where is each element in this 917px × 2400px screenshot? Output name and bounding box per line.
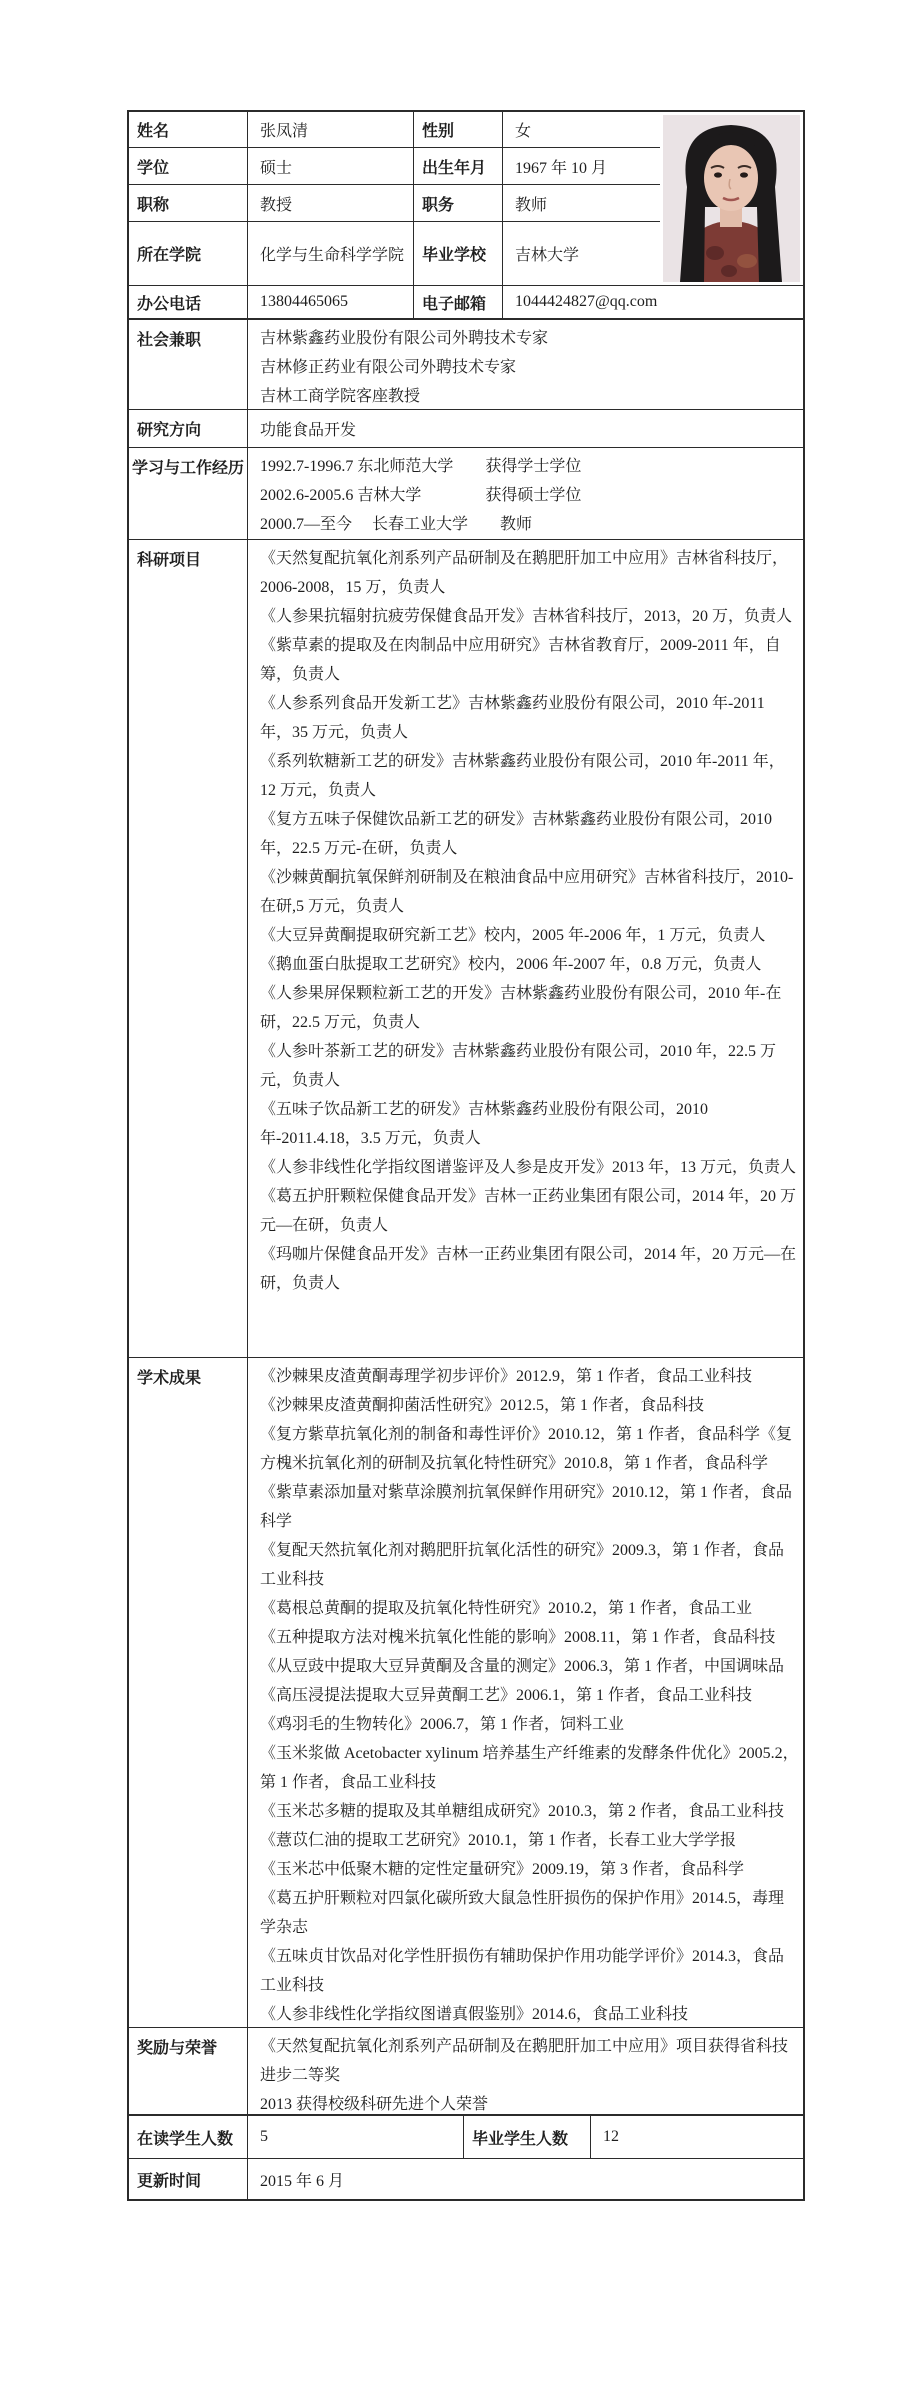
email-label: 电子邮箱 xyxy=(414,286,503,318)
basic-info-grid: 姓名 张凤清 性别 女 学位 硕士 出生年月 1967 年 10 月 职称 教授… xyxy=(129,112,660,285)
row-name-gender: 姓名 张凤清 性别 女 xyxy=(129,112,660,148)
birth-value: 1967 年 10 月 xyxy=(503,148,660,184)
text-line: 《五种提取方法对槐米抗氧化性能的影响》2008.11，第 1 作者，食品科技 xyxy=(260,1623,799,1652)
projects-list: 《天然复配抗氧化剂系列产品研制及在鹅肥肝加工中应用》吉林省科技厅，2006-20… xyxy=(248,540,803,1357)
birth-label: 出生年月 xyxy=(414,148,503,184)
update-time-label: 更新时间 xyxy=(129,2159,248,2199)
awards-label: 奖励与荣誉 xyxy=(129,2028,248,2114)
text-line: 《复方紫草抗氧化剂的制备和毒性评价》2010.12，第 1 作者，食品科学《复方… xyxy=(260,1420,799,1478)
research-direction-label: 研究方向 xyxy=(129,410,248,447)
graduated-students-label: 毕业学生人数 xyxy=(464,2116,591,2158)
current-students-label: 在读学生人数 xyxy=(129,2116,248,2158)
row-projects: 科研项目 《天然复配抗氧化剂系列产品研制及在鹅肥肝加工中应用》吉林省科技厅，20… xyxy=(129,540,803,1358)
name-label: 姓名 xyxy=(129,112,248,147)
grad-school-value: 吉林大学 xyxy=(503,222,660,285)
text-line: 《葛根总黄酮的提取及抗氧化特性研究》2010.2，第 1 作者，食品工业 xyxy=(260,1594,799,1623)
row-update-time: 更新时间 2015 年 6 月 xyxy=(129,2159,803,2199)
projects-label: 科研项目 xyxy=(129,540,248,1357)
text-line: 1992.7-1996.7 东北师范大学 获得学士学位 xyxy=(260,452,799,481)
achievements-label: 学术成果 xyxy=(129,1358,248,2027)
row-experience: 学习与工作经历 1992.7-1996.7 东北师范大学 获得学士学位2002.… xyxy=(129,448,803,540)
email-value: 1044424827@qq.com xyxy=(503,286,803,318)
text-line: 《葛五护肝颗粒对四氯化碳所致大鼠急性肝损伤的保护作用》2014.5，毒理学杂志 xyxy=(260,1884,799,1942)
text-line: 《人参系列食品开发新工艺》吉林紫鑫药业股份有限公司，2010 年-2011 年，… xyxy=(260,689,799,747)
text-line: 2013 获得校级科研先进个人荣誉 xyxy=(260,2090,799,2114)
awards-list: 《天然复配抗氧化剂系列产品研制及在鹅肥肝加工中应用》项目获得省科技进步二等奖20… xyxy=(248,2028,803,2114)
gender-value: 女 xyxy=(503,112,660,147)
text-line: 吉林修正药业有限公司外聘技术专家 xyxy=(260,353,799,382)
position-value: 教师 xyxy=(503,185,660,221)
row-achievements: 学术成果 《沙棘果皮渣黄酮毒理学初步评价》2012.9，第 1 作者，食品工业科… xyxy=(129,1358,803,2028)
text-line: 《天然复配抗氧化剂系列产品研制及在鹅肥肝加工中应用》吉林省科技厅，2006-20… xyxy=(260,544,799,602)
text-line: 《高压浸提法提取大豆异黄酮工艺》2006.1，第 1 作者，食品工业科技 xyxy=(260,1681,799,1710)
text-line: 吉林工商学院客座教授 xyxy=(260,382,799,409)
text-line: 《系列软糖新工艺的研发》吉林紫鑫药业股份有限公司，2010 年-2011 年，1… xyxy=(260,747,799,805)
profile-photo xyxy=(660,112,803,285)
phone-value: 13804465065 xyxy=(248,286,414,318)
text-line: 《鸡羽毛的生物转化》2006.7，第 1 作者，饲料工业 xyxy=(260,1710,799,1739)
text-line: 《人参果抗辐射抗疲劳保健食品开发》吉林省科技厅，2013，20 万，负责人 xyxy=(260,602,799,631)
achievements-list: 《沙棘果皮渣黄酮毒理学初步评价》2012.9，第 1 作者，食品工业科技《沙棘果… xyxy=(248,1358,803,2027)
experience-list: 1992.7-1996.7 东北师范大学 获得学士学位2002.6-2005.6… xyxy=(248,448,803,539)
degree-value: 硕士 xyxy=(248,148,414,184)
portrait-illustration xyxy=(663,115,800,282)
experience-label: 学习与工作经历 xyxy=(129,448,248,539)
text-line: 《五味子饮品新工艺的研发》吉林紫鑫药业股份有限公司，2010 年-2011.4.… xyxy=(260,1095,799,1153)
text-line: 《葛五护肝颗粒保健食品开发》吉林一正药业集团有限公司，2014 年，20 万元—… xyxy=(260,1182,799,1240)
name-value: 张凤清 xyxy=(248,112,414,147)
title-label: 职称 xyxy=(129,185,248,221)
text-line: 《玉米浆做 Acetobacter xylinum 培养基生产纤维素的发酵条件优… xyxy=(260,1739,799,1797)
title-value: 教授 xyxy=(248,185,414,221)
text-line: 《玛咖片保健食品开发》吉林一正药业集团有限公司，2014 年，20 万元—在研，… xyxy=(260,1240,799,1298)
text-line: 《人参叶茶新工艺的研发》吉林紫鑫药业股份有限公司，2010 年，22.5 万元，… xyxy=(260,1037,799,1095)
basic-info-block: 姓名 张凤清 性别 女 学位 硕士 出生年月 1967 年 10 月 职称 教授… xyxy=(129,112,803,286)
text-line: 《紫草素的提取及在肉制品中应用研究》吉林省教育厅，2009-2011 年，自筹，… xyxy=(260,631,799,689)
phone-label: 办公电话 xyxy=(129,286,248,318)
row-college-school: 所在学院 化学与生命科学学院 毕业学校 吉林大学 xyxy=(129,222,660,285)
row-research-direction: 研究方向 功能食品开发 xyxy=(129,410,803,448)
text-line: 《沙棘果皮渣黄酮毒理学初步评价》2012.9，第 1 作者，食品工业科技 xyxy=(260,1362,799,1391)
grad-school-label: 毕业学校 xyxy=(414,222,503,285)
profile-table: 姓名 张凤清 性别 女 学位 硕士 出生年月 1967 年 10 月 职称 教授… xyxy=(127,110,805,2201)
text-line: 《玉米芯多糖的提取及其单糖组成研究》2010.3，第 2 作者，食品工业科技 xyxy=(260,1797,799,1826)
text-line: 《人参果屏保颗粒新工艺的开发》吉林紫鑫药业股份有限公司，2010 年-在研，22… xyxy=(260,979,799,1037)
graduated-students-value: 12 xyxy=(591,2116,803,2158)
text-line: 《鹅血蛋白肽提取工艺研究》校内，2006 年-2007 年，0.8 万元，负责人 xyxy=(260,950,799,979)
text-line: 《人参非线性化学指纹图谱真假鉴别》2014.6，食品工业科技 xyxy=(260,2000,799,2027)
text-line: 《大豆异黄酮提取研究新工艺》校内，2005 年-2006 年，1 万元，负责人 xyxy=(260,921,799,950)
row-student-counts: 在读学生人数 5 毕业学生人数 12 xyxy=(129,2116,803,2159)
gender-label: 性别 xyxy=(414,112,503,147)
position-label: 职务 xyxy=(414,185,503,221)
text-line: 《薏苡仁油的提取工艺研究》2010.1，第 1 作者，长春工业大学学报 xyxy=(260,1826,799,1855)
text-line: 《五味贞甘饮品对化学性肝损伤有辅助保护作用功能学评价》2014.3，食品工业科技 xyxy=(260,1942,799,2000)
college-value: 化学与生命科学学院 xyxy=(248,222,414,285)
text-line: 《天然复配抗氧化剂系列产品研制及在鹅肥肝加工中应用》项目获得省科技进步二等奖 xyxy=(260,2032,799,2090)
college-label: 所在学院 xyxy=(129,222,248,285)
text-line: 吉林紫鑫药业股份有限公司外聘技术专家 xyxy=(260,324,799,353)
row-awards: 奖励与荣誉 《天然复配抗氧化剂系列产品研制及在鹅肥肝加工中应用》项目获得省科技进… xyxy=(129,2028,803,2116)
update-time-value: 2015 年 6 月 xyxy=(248,2159,803,2199)
text-line: 《沙棘黄酮抗氧保鲜剂研制及在粮油食品中应用研究》吉林省科技厅，2010-在研,5… xyxy=(260,863,799,921)
row-title-position: 职称 教授 职务 教师 xyxy=(129,185,660,222)
row-degree-birth: 学位 硕士 出生年月 1967 年 10 月 xyxy=(129,148,660,185)
text-line: 《复方五味子保健饮品新工艺的研发》吉林紫鑫药业股份有限公司，2010 年，22.… xyxy=(260,805,799,863)
text-line: 《玉米芯中低聚木糖的定性定量研究》2009.19，第 3 作者，食品科学 xyxy=(260,1855,799,1884)
text-line: 2000.7—至今 长春工业大学 教师 xyxy=(260,510,799,539)
text-line: 《复配天然抗氧化剂对鹅肥肝抗氧化活性的研究》2009.3，第 1 作者，食品工业… xyxy=(260,1536,799,1594)
degree-label: 学位 xyxy=(129,148,248,184)
row-phone-email: 办公电话 13804465065 电子邮箱 1044424827@qq.com xyxy=(129,286,803,320)
current-students-value: 5 xyxy=(248,2116,464,2158)
text-line: 2002.6-2005.6 吉林大学 获得硕士学位 xyxy=(260,481,799,510)
social-label: 社会兼职 xyxy=(129,320,248,409)
text-line: 《紫草素添加量对紫草涂膜剂抗氧保鲜作用研究》2010.12，第 1 作者，食品科… xyxy=(260,1478,799,1536)
text-line: 《从豆豉中提取大豆异黄酮及含量的测定》2006.3，第 1 作者，中国调味品 xyxy=(260,1652,799,1681)
text-line: 《人参非线性化学指纹图谱鉴评及人参是皮开发》2013 年，13 万元，负责人 xyxy=(260,1153,799,1182)
text-line: 《沙棘果皮渣黄酮抑菌活性研究》2012.5，第 1 作者，食品科技 xyxy=(260,1391,799,1420)
social-list: 吉林紫鑫药业股份有限公司外聘技术专家吉林修正药业有限公司外聘技术专家吉林工商学院… xyxy=(248,320,803,409)
research-direction-value: 功能食品开发 xyxy=(248,410,803,447)
row-social-positions: 社会兼职 吉林紫鑫药业股份有限公司外聘技术专家吉林修正药业有限公司外聘技术专家吉… xyxy=(129,320,803,410)
